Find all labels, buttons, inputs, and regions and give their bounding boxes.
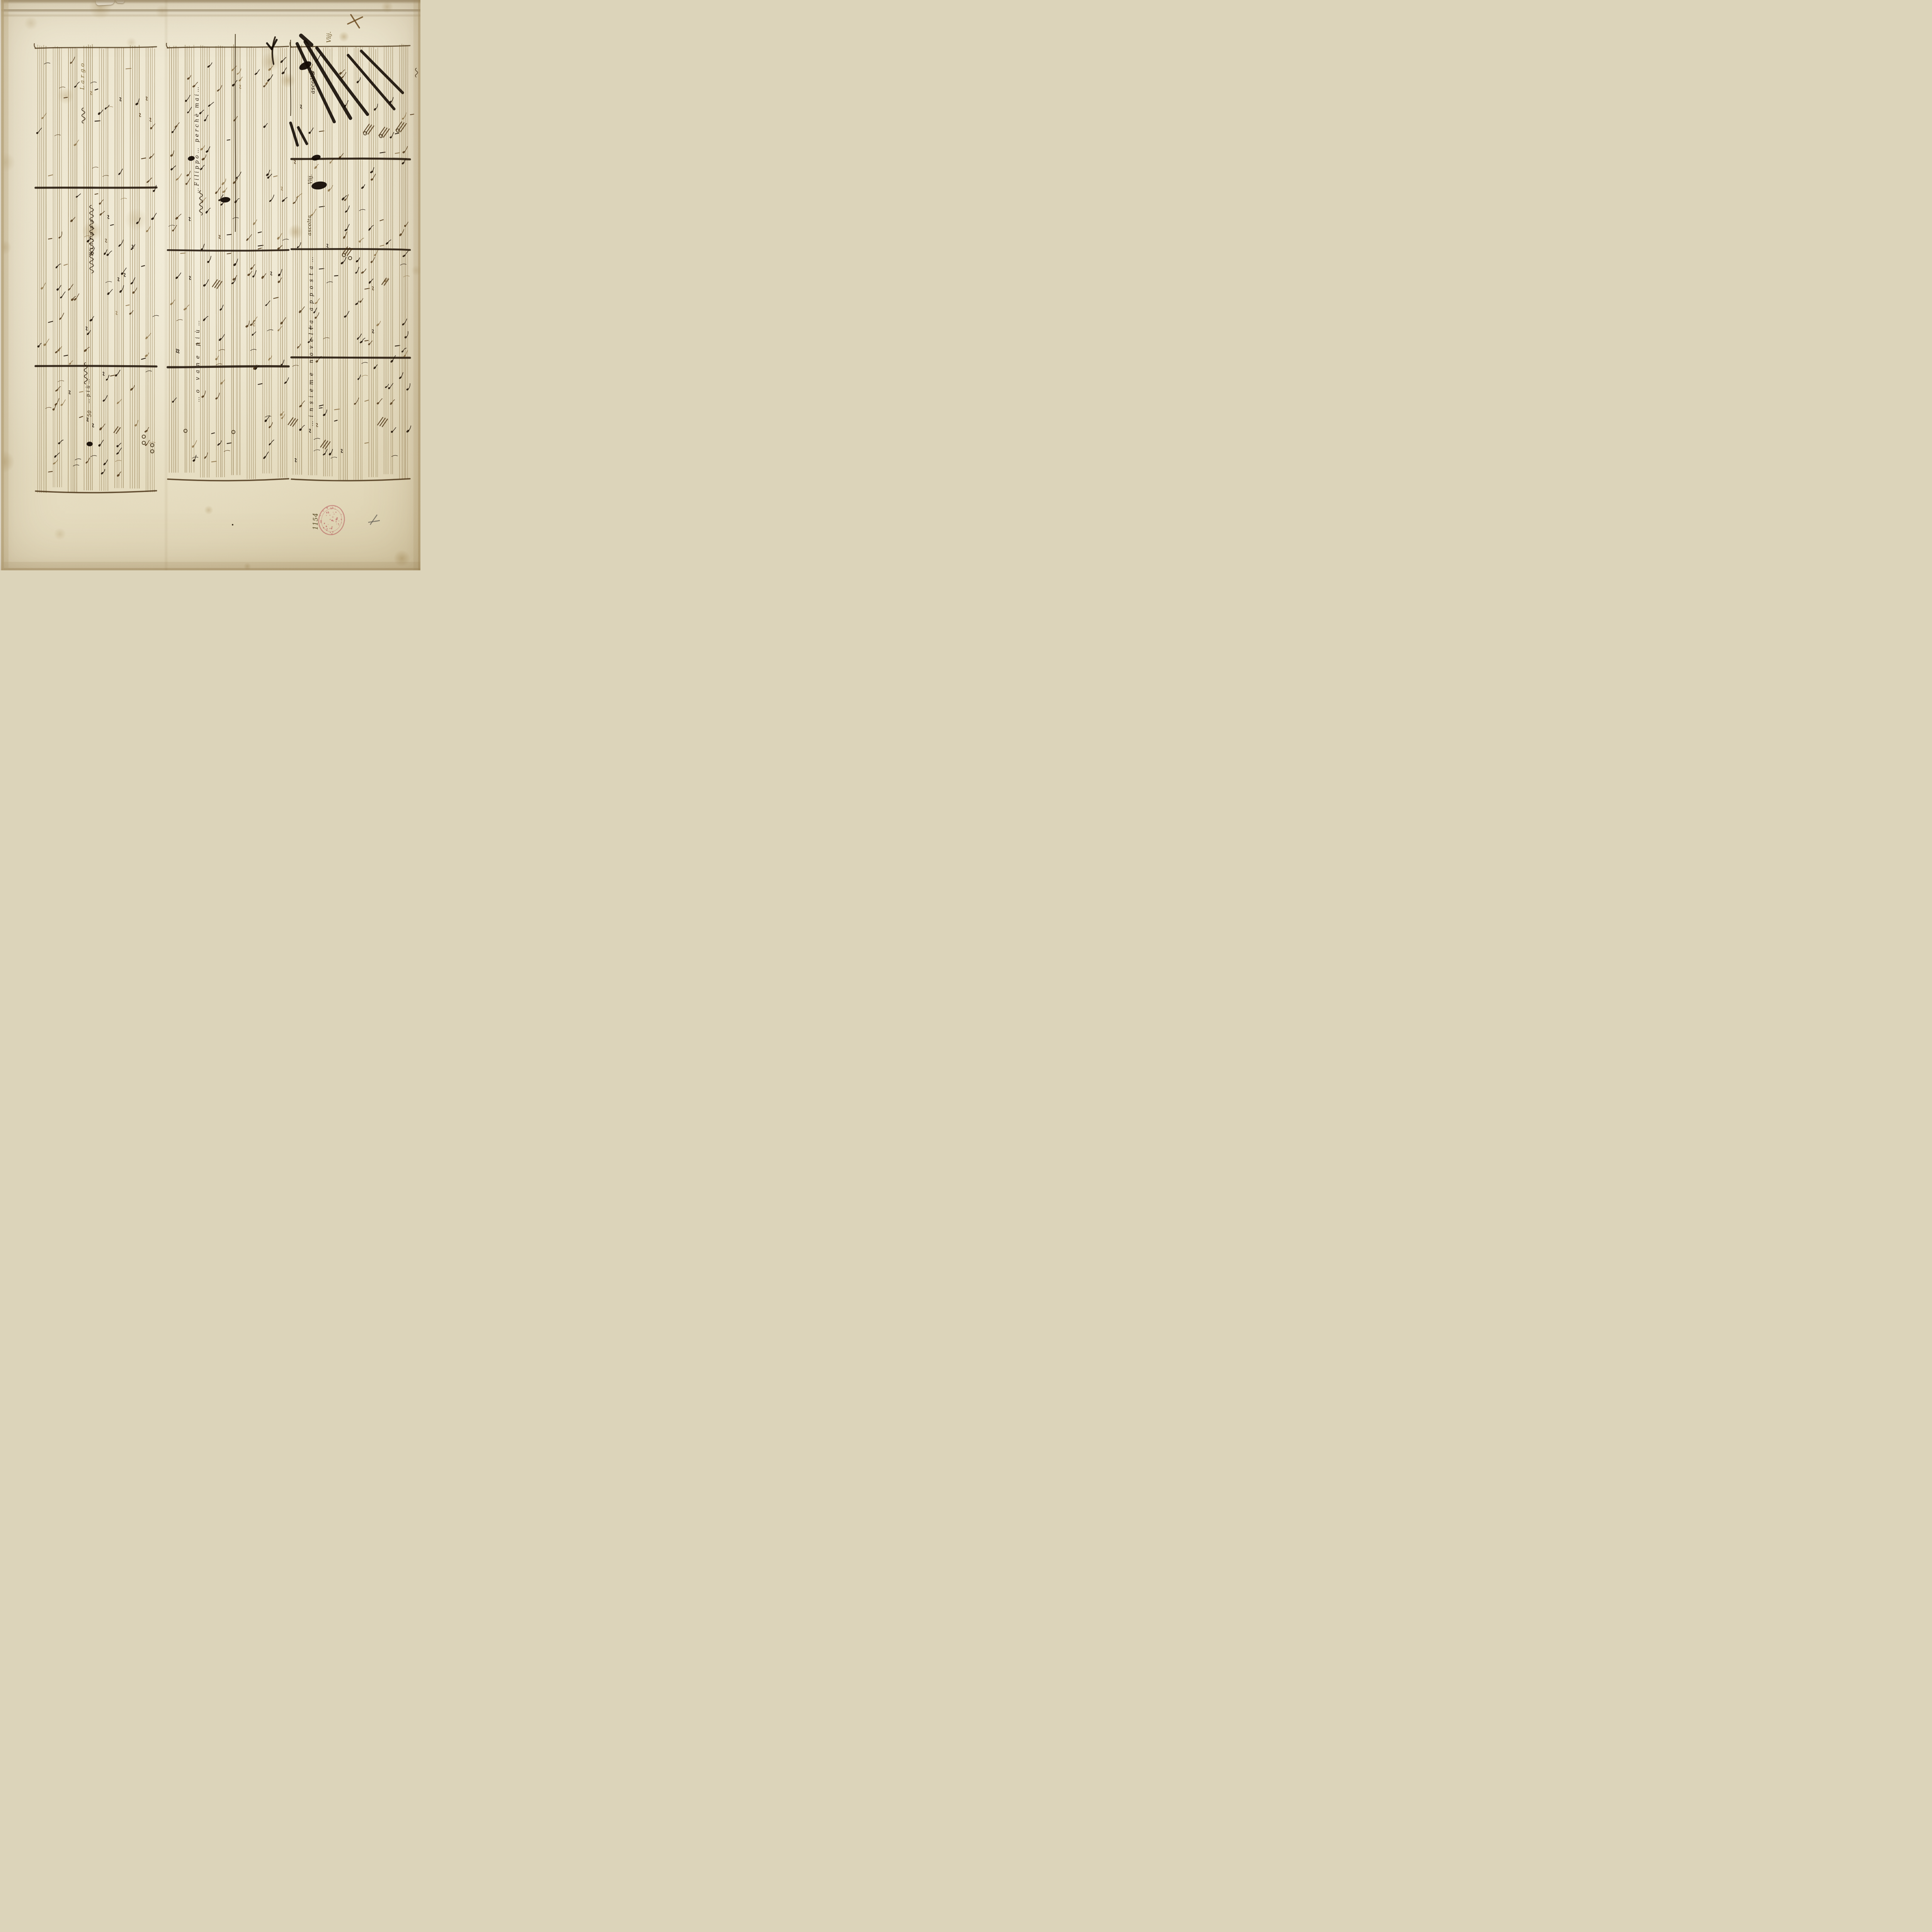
paper-grain bbox=[0, 0, 420, 570]
ink-layer bbox=[0, 0, 420, 570]
manuscript-page: 1154 Viij.ascoltaViij.ascolta…insieme no… bbox=[0, 0, 420, 570]
